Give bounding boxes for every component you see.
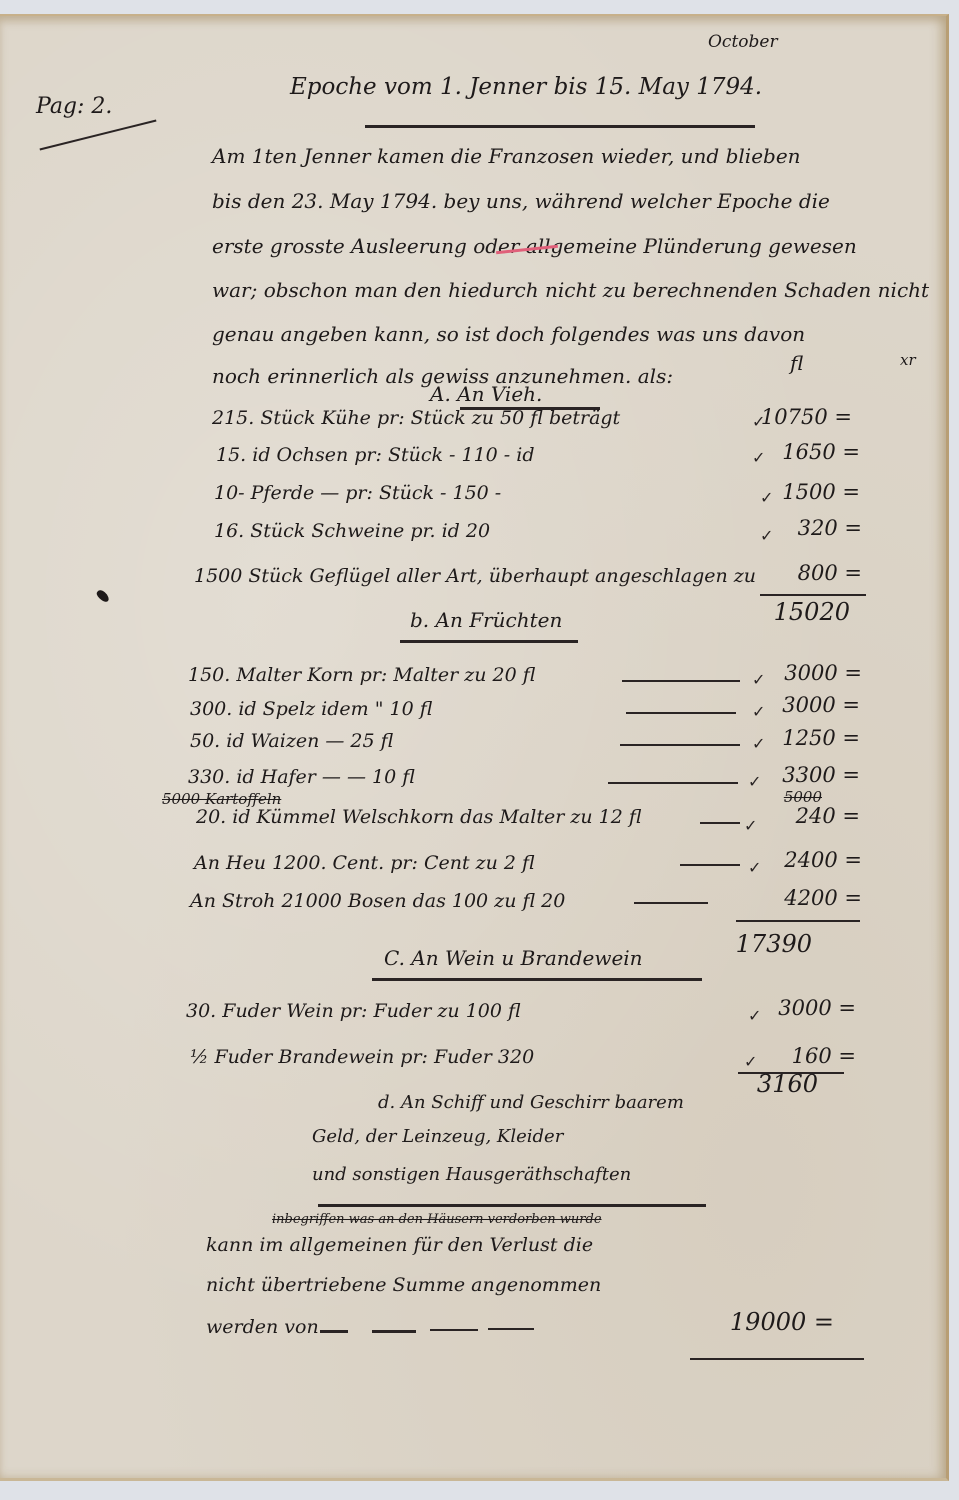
ledger-row: 50. id Waizen — 25 fl	[190, 730, 393, 752]
leader-line	[608, 782, 738, 784]
ledger-row: 20. id Kümmel Welschkorn das Malter zu 1…	[196, 806, 642, 828]
row-amount: 3000 =	[756, 996, 856, 1020]
ledger-row: 300. id Spelz idem " 10 fl	[190, 698, 432, 720]
intro-line: erste grosste Ausleerung oder allgemeine…	[212, 234, 857, 258]
check-mark-icon: ✓	[748, 858, 761, 877]
intro-line: Am 1ten Jenner kamen die Franzosen wiede…	[212, 144, 801, 168]
page-title: Epoche vom 1. Jenner bis 15. May 1794.	[290, 74, 762, 100]
margin-note-underline	[40, 120, 157, 151]
title-underline	[365, 125, 755, 128]
body-line: kann im allgemeinen für den Verlust die	[206, 1234, 593, 1256]
ledger-row: 30. Fuder Wein pr: Fuder zu 100 fl	[186, 1000, 521, 1022]
subtotal-rule	[760, 594, 866, 596]
section-title-d-line: d. An Schiff und Geschirr baarem	[378, 1092, 684, 1113]
ledger-row: 330. id Hafer — — 10 fl	[188, 766, 415, 788]
header-insertion: October	[708, 32, 778, 52]
margin-page-note: Pag: 2.	[36, 94, 112, 119]
section-b-underline	[400, 640, 578, 643]
currency-column-header: fl	[790, 351, 803, 375]
leader-line	[430, 1329, 478, 1331]
row-amount: 240 =	[760, 804, 860, 828]
row-amount: 1250 =	[760, 726, 860, 750]
row-amount: 800 =	[762, 561, 862, 585]
body-line: nicht übertriebene Summe angenommen	[206, 1274, 601, 1296]
row-amount: 1500 =	[760, 480, 860, 504]
final-rule	[690, 1358, 864, 1360]
section-title-a: A. An Vieh.	[430, 382, 542, 406]
ledger-row: 215. Stück Kühe pr: Stück zu 50 fl beträ…	[212, 407, 620, 429]
section-title-c: C. An Wein u Brandewein	[384, 946, 643, 970]
leader-line	[488, 1328, 534, 1330]
leader-line	[634, 902, 708, 904]
ledger-row: An Stroh 21000 Bosen das 100 zu fl 20	[190, 890, 565, 912]
row-amount: 3300 =	[760, 763, 860, 787]
row-amount: 3000 =	[760, 693, 860, 717]
section-title-d-line: und sonstigen Hausgeräthschaften	[312, 1164, 631, 1185]
ledger-row: ½ Fuder Brandewein pr: Fuder 320	[190, 1046, 534, 1068]
row-amount: 10750 =	[752, 405, 852, 429]
check-mark-icon: ✓	[744, 816, 757, 835]
insertion-note: inbegriffen was an den Häusern verdorben…	[272, 1212, 602, 1227]
leader-line	[700, 822, 740, 824]
intro-line: genau angeben kann, so ist doch folgende…	[212, 322, 805, 346]
kreuzer-column-header: xr	[900, 351, 916, 369]
leader-line	[622, 680, 740, 682]
subtotal-c: 3160	[718, 1070, 818, 1098]
subtotal-a: 15020	[750, 598, 850, 626]
section-title-d-line: Geld, der Leinzeug, Kleider	[312, 1126, 563, 1147]
ledger-row: 150. Malter Korn pr: Malter zu 20 fl	[188, 664, 535, 686]
section-c-underline	[372, 978, 702, 981]
leader-line	[680, 864, 740, 866]
intro-line: war; obschon man den hiedurch nicht zu b…	[212, 278, 929, 302]
ledger-row: 10- Pferde — pr: Stück - 150 -	[214, 482, 501, 504]
row-amount: 4200 =	[762, 886, 862, 910]
leader-line	[320, 1330, 348, 1333]
subtotal-b: 17390	[712, 930, 812, 958]
manuscript-page: Pag: 2. October Epoche vom 1. Jenner bis…	[0, 14, 949, 1481]
section-d-underline	[318, 1204, 706, 1207]
ink-blot	[95, 588, 111, 603]
leader-line	[626, 712, 736, 714]
row-amount: 1650 =	[760, 440, 860, 464]
body-line: werden von	[206, 1316, 319, 1338]
leader-line	[372, 1330, 416, 1333]
subtotal-rule	[736, 920, 860, 922]
ledger-row: 15. id Ochsen pr: Stück - 110 - id	[216, 444, 535, 466]
ledger-row: An Heu 1200. Cent. pr: Cent zu 2 fl	[194, 852, 535, 874]
row-amount: 320 =	[762, 516, 862, 540]
row-amount: 160 =	[756, 1044, 856, 1068]
section-d-amount: 19000 =	[724, 1308, 834, 1336]
intro-line: bis den 23. May 1794. bey uns, während w…	[212, 189, 830, 213]
section-title-b: b. An Früchten	[410, 608, 562, 632]
row-amount: 3000 =	[762, 661, 862, 685]
row-amount: 2400 =	[762, 848, 862, 872]
ledger-row: 1500 Stück Geflügel aller Art, überhaupt…	[194, 565, 756, 587]
leader-line	[620, 744, 740, 746]
ledger-row: 16. Stück Schweine pr. id 20	[214, 520, 490, 542]
